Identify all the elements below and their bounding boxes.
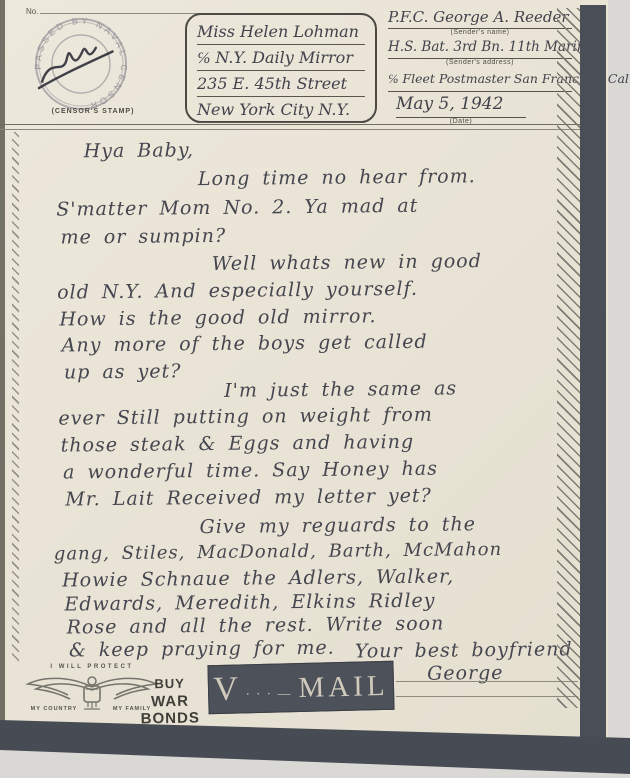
buy-war-bonds-text: BUY WAR BONDS xyxy=(120,675,221,728)
vmail-logo-plate: V ∙ ∙ ∙ — MAIL xyxy=(207,661,394,715)
vmail-morse-code: ∙ ∙ ∙ — xyxy=(246,685,293,702)
right-hatched-border xyxy=(557,8,580,708)
letter-line: Mr. Lait Received my letter yet? xyxy=(65,485,432,511)
letter-line: How is the good old mirror. xyxy=(59,305,376,330)
letter-closing: Your best boyfriend xyxy=(355,638,573,662)
letter-line: me or sumpin? xyxy=(60,225,226,249)
vmail-letter-scan: No. PASSED BY NAVAL CENSOR (CENSOR'S STA… xyxy=(0,0,630,778)
footer-rule-bottom xyxy=(396,696,578,697)
letter-line: Well whats new in good xyxy=(212,250,482,275)
letter-line: ever Still putting on weight from xyxy=(58,404,433,430)
footer-rule-top xyxy=(396,681,578,682)
letter-line: S'matter Mom No. 2. Ya mad at xyxy=(56,195,418,221)
letter-line: up as yet? xyxy=(64,360,182,383)
war-bonds-label: WAR BONDS xyxy=(120,692,221,728)
left-hatched-border xyxy=(12,132,19,662)
letter-line: Any more of the boys get called xyxy=(62,331,428,357)
vmail-mail-word: MAIL xyxy=(298,670,389,702)
emblem-left-text: MY COUNTRY xyxy=(24,706,84,712)
emblem-top-text: I WILL PROTECT xyxy=(22,664,162,670)
letter-line: I'm just the same as xyxy=(224,377,457,401)
letter-line: Give my reguards to the xyxy=(199,513,476,538)
letter-line: those steak & Eggs and having xyxy=(61,431,415,457)
letter-line: Long time no hear from. xyxy=(198,165,476,190)
buy-label: BUY xyxy=(120,675,220,692)
letter-line: Edwards, Meredith, Elkins Ridley xyxy=(64,590,435,616)
letter-line: & keep praying for me. xyxy=(69,637,335,662)
letter-line: gang, Stiles, MacDonald, Barth, McMahon xyxy=(54,539,503,565)
letter-line: old N.Y. And especially yourself. xyxy=(57,278,418,304)
letter-line: Howie Schnaue the Adlers, Walker, xyxy=(62,565,454,591)
letter-line: Hya Baby, xyxy=(84,139,195,162)
letter-line: a wonderful time. Say Honey has xyxy=(63,458,438,484)
right-dark-scan-strip xyxy=(580,5,606,743)
letter-body: Hya Baby, Long time no hear from. S'matt… xyxy=(0,0,612,751)
vmail-v-letter: V xyxy=(213,672,238,707)
letter-line: Rose and all the rest. Write soon xyxy=(67,613,445,639)
